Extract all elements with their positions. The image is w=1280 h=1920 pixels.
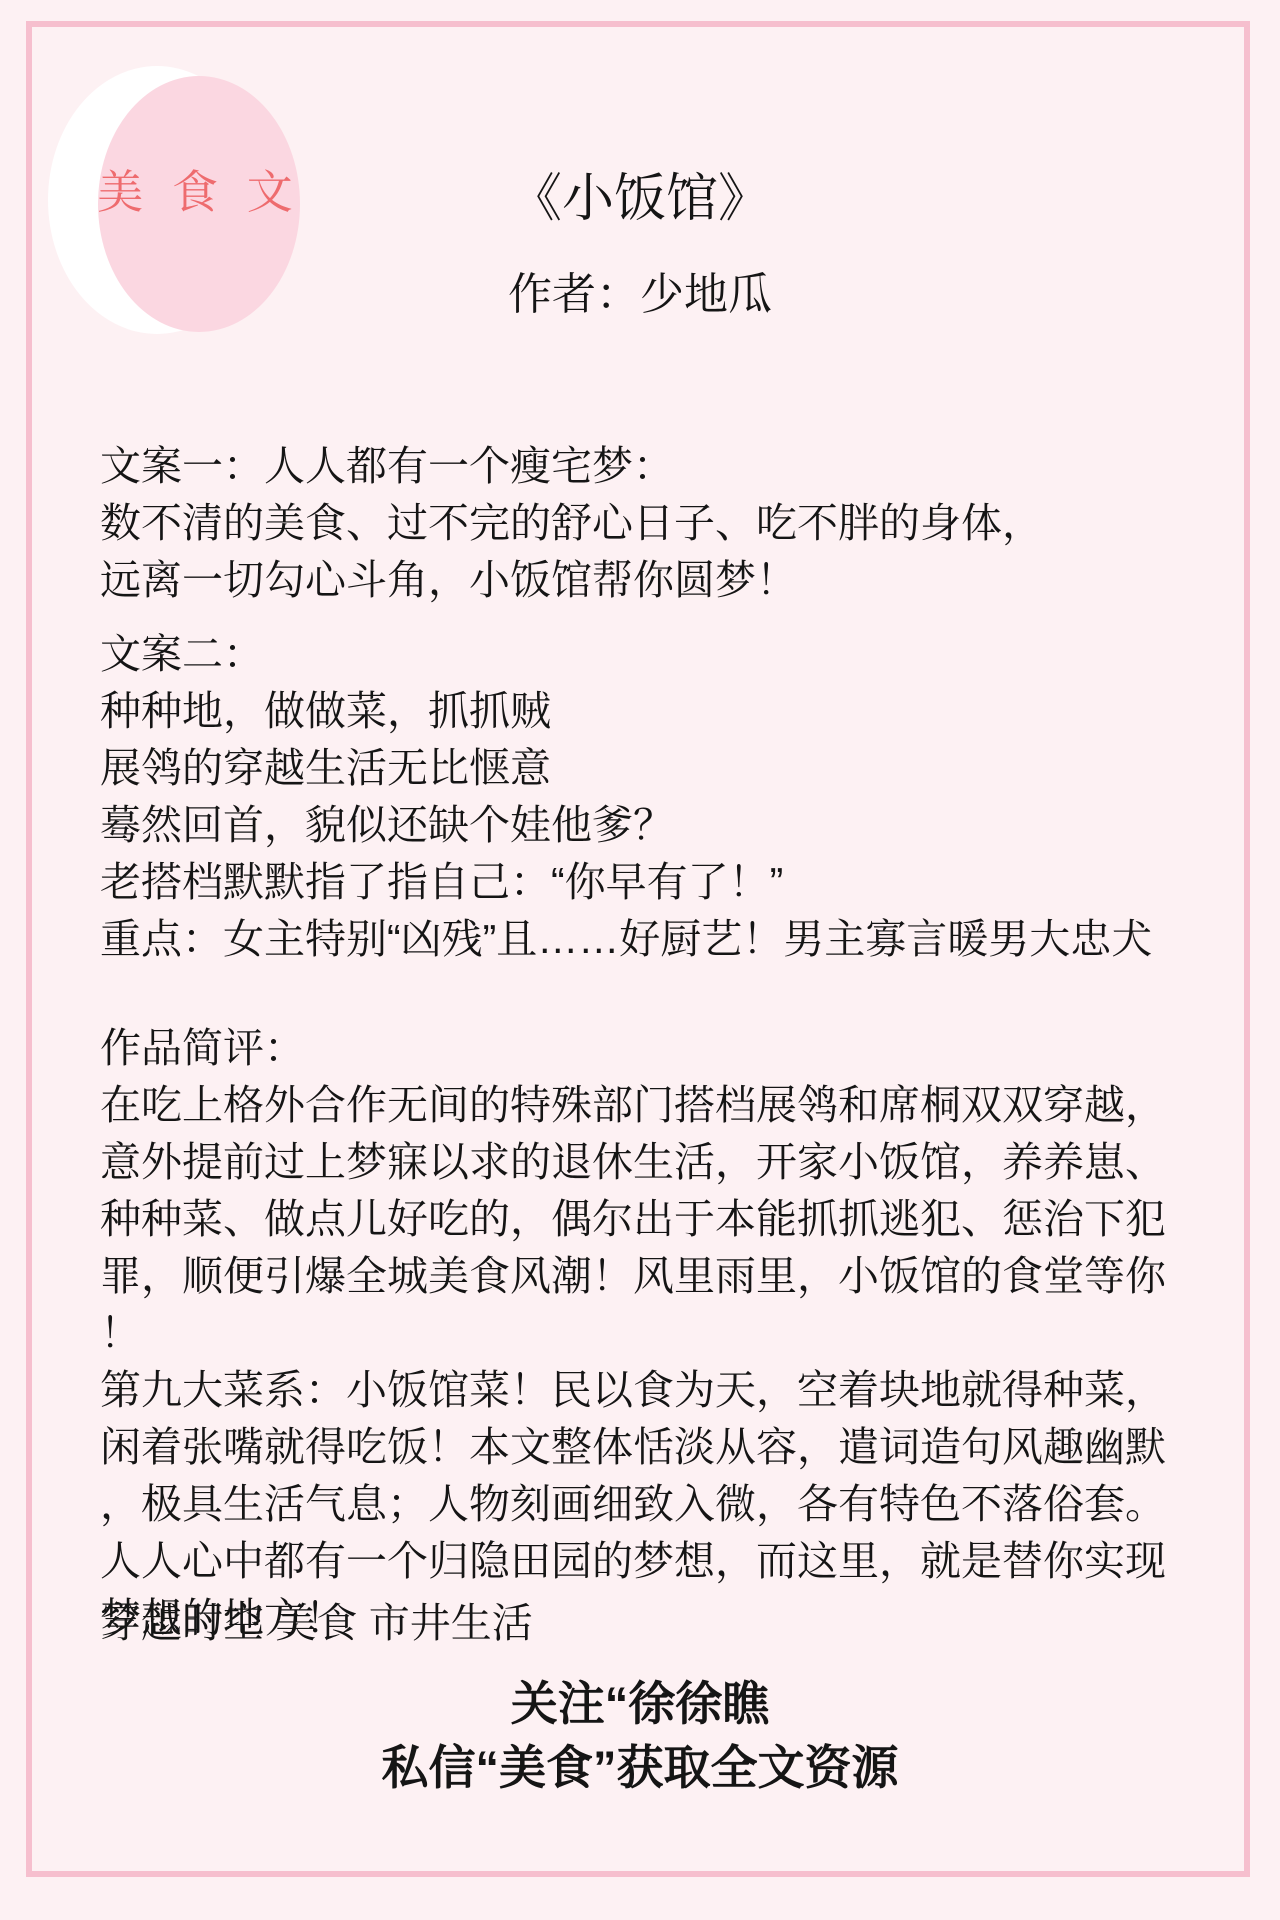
review-paragraph: 在吃上格外合作无间的特殊部门搭档展鸰和席桐双双穿越，意外提前过上梦寐以求的退休生… (100, 1077, 1185, 1362)
copy2-line: 展鸰的穿越生活无比惬意 (100, 740, 1185, 797)
copy1-line: 数不清的美食、过不完的舒心日子、吃不胖的身体， (100, 495, 1185, 552)
section-copy1: 文案一：人人都有一个瘦宅梦： 数不清的美食、过不完的舒心日子、吃不胖的身体， 远… (100, 438, 1185, 609)
footer-cta: 关注“徐徐瞧 私信“美食”获取全文资源 (0, 1672, 1280, 1800)
section-copy2: 文案二： 种种地，做做菜，抓抓贼 展鸰的穿越生活无比惬意 蓦然回首，貌似还缺个娃… (100, 626, 1185, 968)
book-title: 《小饭馆》 (0, 156, 1280, 231)
review-heading: 作品简评： (100, 1020, 1185, 1077)
section-review: 作品简评： 在吃上格外合作无间的特殊部门搭档展鸰和席桐双双穿越，意外提前过上梦寐… (100, 1020, 1185, 1647)
copy2-line: 种种地，做做菜，抓抓贼 (100, 683, 1185, 740)
copy2-line: 重点：女主特别“凶残”且……好厨艺！男主寡言暖男大忠犬 (100, 911, 1185, 968)
footer-follow-line: 关注“徐徐瞧 (0, 1672, 1280, 1736)
author-line: 作者：少地瓜 (0, 258, 1280, 322)
book-rec-poster: 美 食 文 《小饭馆》 作者：少地瓜 文案一：人人都有一个瘦宅梦： 数不清的美食… (0, 0, 1280, 1920)
copy2-line: 蓦然回首，貌似还缺个娃他爹？ (100, 797, 1185, 854)
copy2-heading: 文案二： (100, 626, 1185, 683)
copy1-heading: 文案一：人人都有一个瘦宅梦： (100, 438, 1185, 495)
footer-dm-line: 私信“美食”获取全文资源 (0, 1736, 1280, 1800)
copy1-line: 远离一切勾心斗角，小饭馆帮你圆梦！ (100, 552, 1185, 609)
copy2-line: 老搭档默默指了指自己：“你早有了！” (100, 854, 1185, 911)
tags-line: 穿越时空 美食 市井生活 (100, 1590, 1185, 1649)
